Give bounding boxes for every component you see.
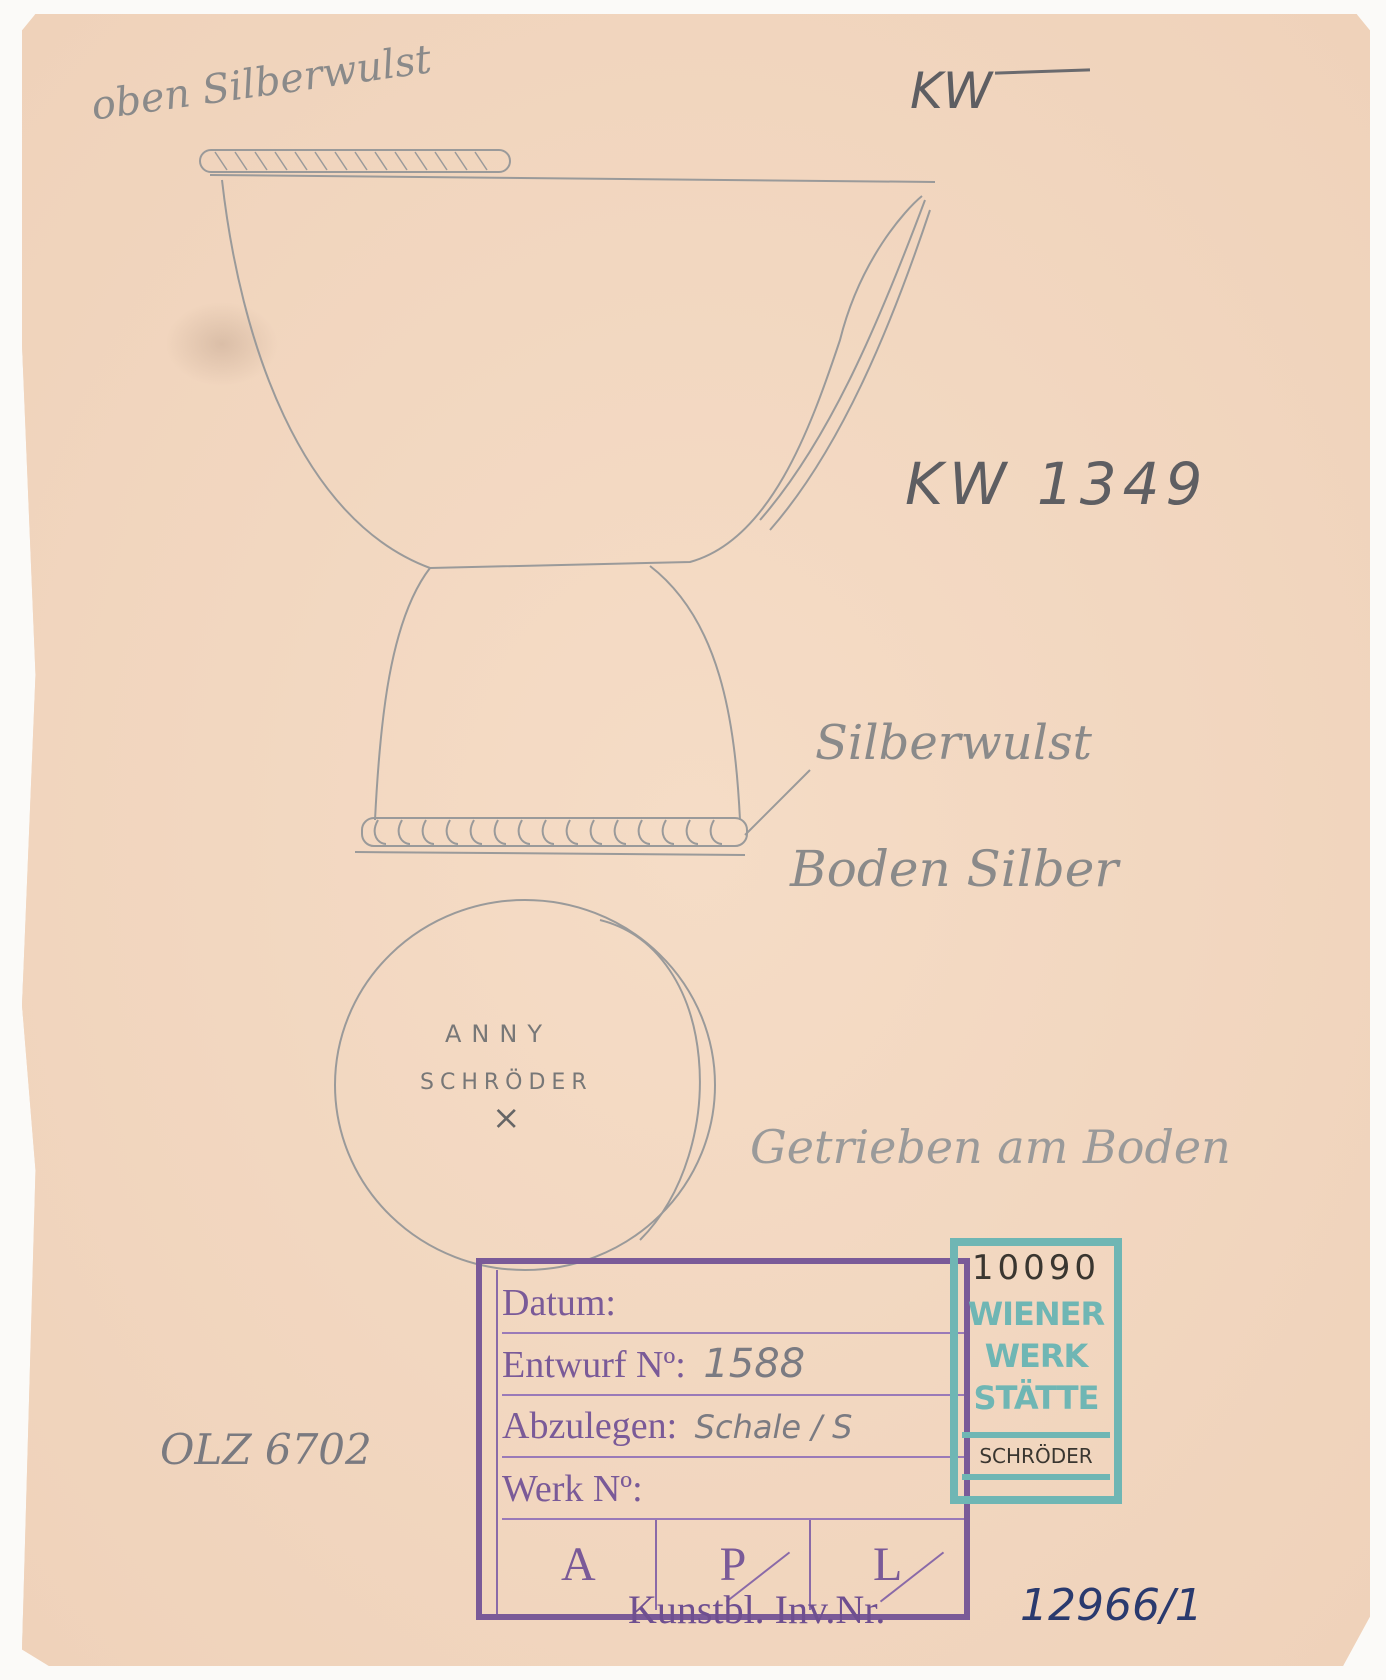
stamp-value-abzulegen: Schale / S xyxy=(695,1408,853,1446)
stamp-value-entwurf: 1588 xyxy=(703,1341,805,1387)
note-kw-number: KW 1349 xyxy=(905,450,1208,518)
note-silberwulst: Silberwulst xyxy=(815,715,1092,771)
base-mark: × xyxy=(492,1098,521,1138)
ww-line-staette: STÄTTE xyxy=(958,1380,1114,1416)
signature-last-name: SCHRÖDER xyxy=(420,1070,593,1095)
stamp-row-werk: Werk Nº: xyxy=(502,1458,964,1520)
stamp-row-datum: Datum: xyxy=(502,1272,964,1334)
ww-stamp-number: 10090 xyxy=(958,1248,1114,1288)
ww-line-werk: WERK xyxy=(958,1338,1114,1374)
inventory-label: Kunstbl. Inv.Nr. xyxy=(628,1586,885,1633)
note-boden-silber: Boden Silber xyxy=(790,840,1118,898)
ww-maker-name: SCHRÖDER xyxy=(962,1432,1110,1480)
note-top-right: KW xyxy=(910,62,992,120)
ww-line-wiener: WIENER xyxy=(958,1296,1114,1332)
wiener-werkstaette-stamp: 10090 WIENER WERK STÄTTE SCHRÖDER xyxy=(950,1238,1122,1504)
stamp-label-entwurf: Entwurf Nº: xyxy=(502,1344,686,1386)
stamp-row-entwurf: Entwurf Nº: 1588 xyxy=(502,1334,964,1396)
stamp-label-abzulegen: Abzulegen: xyxy=(502,1405,677,1447)
note-archive-number: OLZ 6702 xyxy=(160,1425,372,1474)
stamp-label-werk: Werk Nº: xyxy=(502,1468,643,1510)
inventory-number: 12966/1 xyxy=(1020,1580,1203,1631)
note-getrieben: Getrieben am Boden xyxy=(750,1120,1231,1174)
stamp-row-abzulegen: Abzulegen: Schale / S xyxy=(502,1396,964,1458)
signature-first-name: ANNY xyxy=(445,1020,552,1048)
stamp-label-datum: Datum: xyxy=(502,1282,616,1324)
office-stamp: Datum: Entwurf Nº: 1588 Abzulegen: Schal… xyxy=(476,1258,970,1620)
